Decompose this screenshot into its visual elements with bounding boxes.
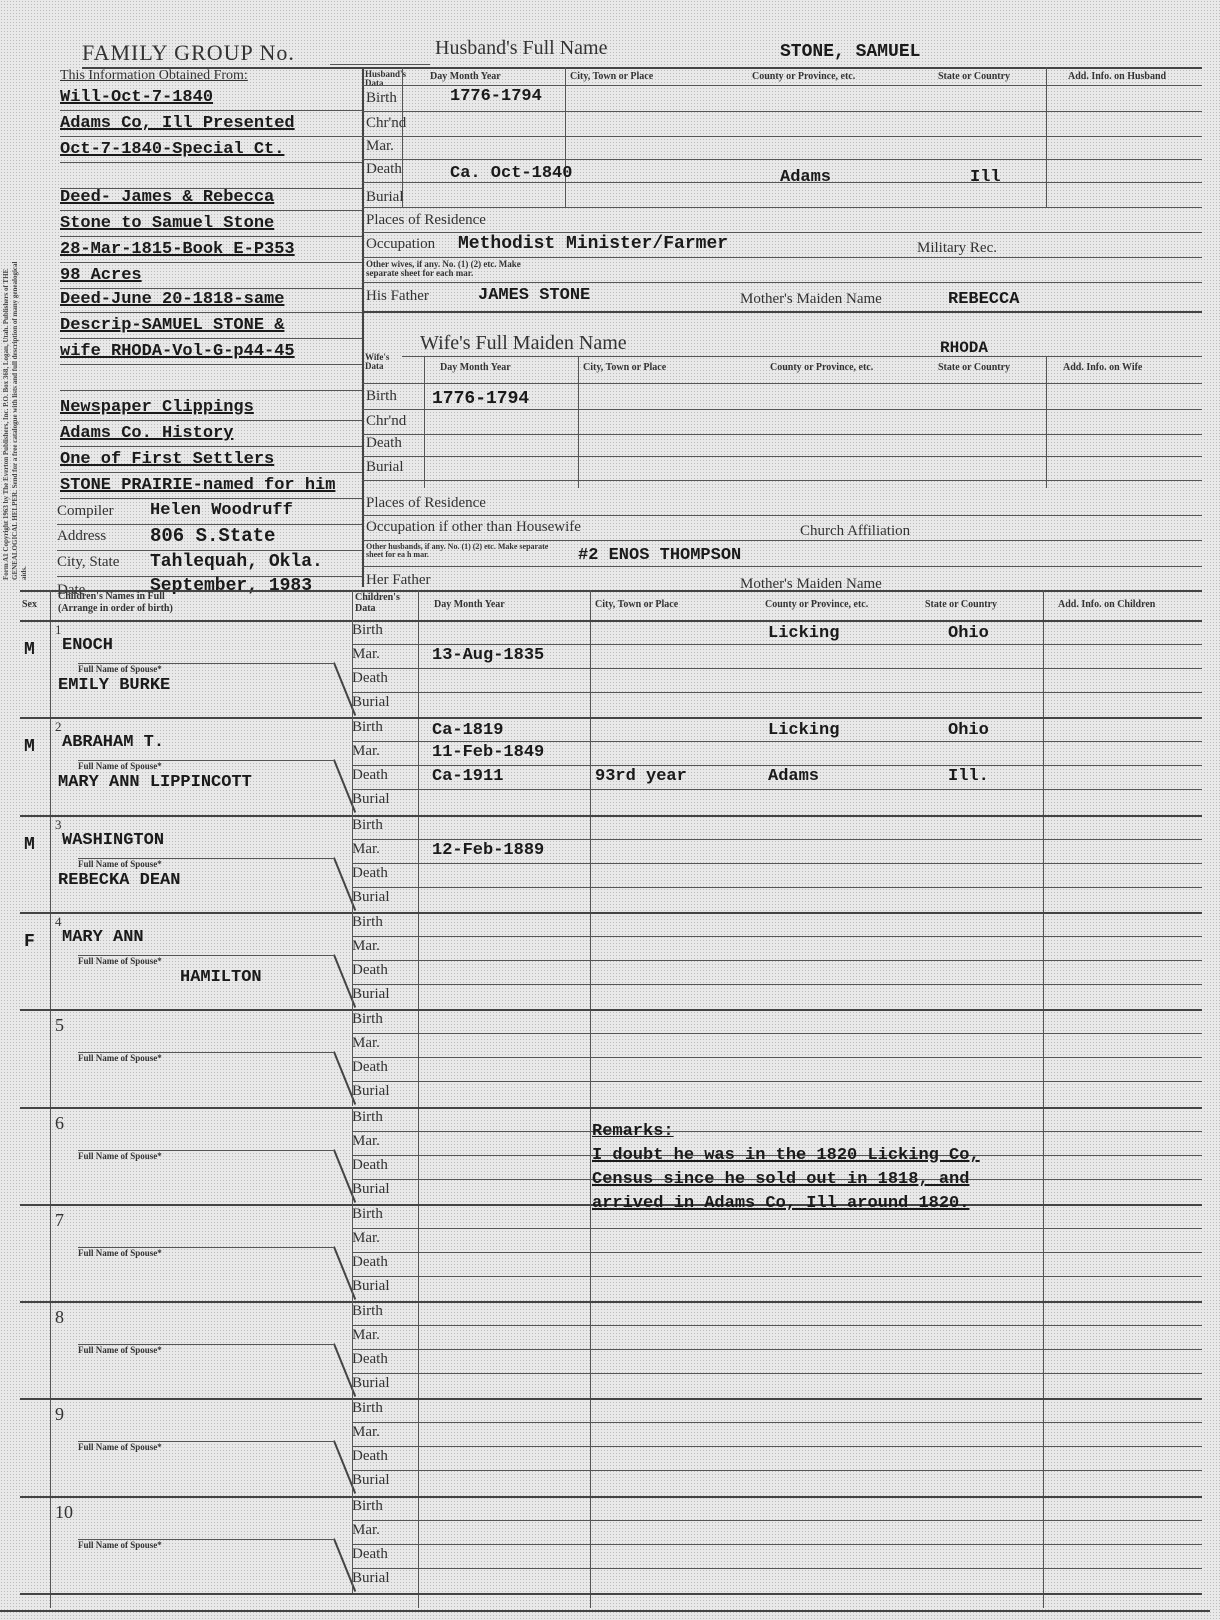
source-rule [60,338,362,339]
child-number: 4 [55,914,62,930]
child-event-rule [352,887,1202,888]
child-event-rule [352,668,1202,669]
source-rule [60,472,362,473]
wife-label-col [424,356,425,488]
header-rule [82,67,1202,69]
child-label-border [352,1107,353,1204]
child-row-rule [20,815,1202,817]
child-event-rule [352,1520,1202,1521]
child-event-rule [352,644,1202,645]
wife-birth-date[interactable]: 1776-1794 [432,389,529,409]
child-event-rule [352,692,1202,693]
child-burial-label: Burial [352,1278,390,1295]
children-col-state: State or Country [925,599,997,610]
child-event-rule [352,1131,1202,1132]
husband-birth-label: Birth [366,90,397,107]
other-husbands[interactable]: #2 ENOS THOMPSON [578,546,741,565]
child-birth-label: Birth [352,817,383,834]
child-event-rule [352,1568,1202,1569]
child-mar-date[interactable]: 13-Aug-1835 [432,646,544,665]
child-birth-state[interactable]: Ohio [948,721,989,740]
child-sex[interactable]: M [24,737,35,757]
child-label-border [352,1398,353,1495]
source-line[interactable]: STONE PRAIRIE-named for him [60,476,335,495]
child-event-rule [352,1228,1202,1229]
child-birth-label: Birth [352,914,383,931]
husband-col-city: City, Town or Place [570,71,653,82]
child-event-rule [352,765,1202,766]
panel-divider [362,67,364,587]
child-event-rule [352,1276,1202,1277]
husband-col-date: Day Month Year [430,71,501,82]
wife-death-label: Death [366,435,402,452]
child-event-rule [352,936,1202,937]
wife-birth-label: Birth [366,388,397,405]
child-sex[interactable]: M [24,835,35,855]
child-number: 2 [55,719,62,735]
child-birth-label: Birth [352,719,383,736]
source-line[interactable]: 98 Acres [60,266,142,285]
sources-label: This Information Obtained From: [60,68,248,84]
sex-col-header: Sex [22,599,37,610]
husband-name-label: Husband's Full Name [435,37,607,60]
wife-col-add: Add. Info. on Wife [1063,362,1142,373]
child-label-border [352,912,353,1009]
husband-col-state: State or Country [938,71,1010,82]
child-event-rule [352,1325,1202,1326]
form-title: FAMILY GROUP No. [82,40,295,66]
spouse-label: Full Name of Spouse* [78,1540,162,1550]
source-rule [60,364,362,365]
source-line[interactable]: Adams Co, Ill Presented [60,114,295,133]
spouse-label: Full Name of Spouse* [78,1345,162,1355]
remarks-line[interactable]: arrived in Adams Co, Ill around 1820. [592,1194,969,1213]
child-event-rule [352,960,1202,961]
child-name[interactable]: ABRAHAM T. [62,733,164,752]
wife-row-rule [362,409,1202,410]
his-father[interactable]: JAMES STONE [478,286,590,305]
child-death-label: Death [352,1351,388,1368]
child-mar-date[interactable]: 11-Feb-1849 [432,743,544,762]
child-mar-label: Mar. [352,1035,380,1052]
child-death-label: Death [352,767,388,784]
his-mother-label: Mother's Maiden Name [740,291,882,308]
wife-row-rule [362,434,1202,435]
child-name[interactable]: ENOCH [62,636,113,655]
husband-row-rule [362,111,1202,112]
source-line[interactable]: Deed- James & Rebecca [60,188,274,207]
husband-row-rule [362,159,1202,160]
child-event-rule [352,1422,1202,1423]
child-event-rule [352,863,1202,864]
child-mar-label: Mar. [352,938,380,955]
compiler-value[interactable]: Helen Woodruff [150,501,293,520]
child-row-rule [20,1496,1202,1498]
children-col-county: County or Province, etc. [765,599,868,610]
source-line[interactable]: Oct-7-1840-Special Ct. [60,140,284,159]
city-state-value[interactable]: Tahlequah, Okla. [150,552,323,572]
husband-burial-label: Burial [366,189,404,206]
other-husbands-label: Other husbands, if any. No. (1) (2) etc.… [366,543,566,559]
child-number: 1 [55,622,62,638]
child-label-border [352,1009,353,1106]
child-birth-label: Birth [352,1011,383,1028]
child-death-date[interactable]: Ca-1911 [432,767,503,786]
child-event-rule [352,984,1202,985]
child-row-rule [20,1593,1202,1595]
child-event-rule [352,1349,1202,1350]
child-mar-label: Mar. [352,1133,380,1150]
source-rule [60,262,362,263]
spouse-label: Full Name of Spouse* [78,761,162,771]
child-birth-county[interactable]: Licking [768,721,839,740]
spouse-label: Full Name of Spouse* [78,1442,162,1452]
child-label-border [352,620,353,717]
source-rule [60,210,362,211]
child-death-label: Death [352,1448,388,1465]
children-names-sub: (Arrange in order of birth) [58,603,173,614]
source-rule [60,110,362,111]
spouse-label: Full Name of Spouse* [78,664,162,674]
source-rule [60,312,362,313]
child-number: 5 [55,1015,64,1036]
child-birth-county[interactable]: Licking [768,624,839,643]
source-line[interactable]: Descrip-SAMUEL STONE & [60,316,284,335]
child-burial-label: Burial [352,791,390,808]
source-line[interactable]: Newspaper Clippings [60,398,254,417]
wife-row-rule [362,456,1202,457]
wife-name-label: Wife's Full Maiden Name [420,332,627,355]
spouse-label: Full Name of Spouse* [78,1053,162,1063]
child-burial-label: Burial [352,1472,390,1489]
child-spouse[interactable]: REBECKA DEAN [58,871,180,890]
child-number: 10 [55,1502,73,1523]
child-sex[interactable]: M [24,640,35,660]
address-value[interactable]: 806 S.State [150,525,275,547]
child-burial-label: Burial [352,1570,390,1587]
husband-death-date[interactable]: Ca. Oct-1840 [450,164,572,183]
child-number: 9 [55,1404,64,1425]
other-wives-label: Other wives, if any. No. (1) (2) etc. Ma… [366,260,546,278]
remarks-label: Remarks: [592,1122,674,1141]
husband-col-county: County or Province, etc. [752,71,855,82]
child-burial-label: Burial [352,1375,390,1392]
child-number: 6 [55,1113,64,1134]
child-spouse[interactable]: EMILY BURKE [58,676,170,695]
child-mar-label: Mar. [352,646,380,663]
husband-residence-label: Places of Residence [366,212,486,229]
child-death-place[interactable]: 93rd year [595,767,687,786]
child-event-rule [352,1057,1202,1058]
child-burial-label: Burial [352,1083,390,1100]
source-rule [60,420,362,421]
child-birth-date[interactable]: Ca-1819 [432,721,503,740]
husband-occupation-label: Occupation [366,236,435,253]
husband-occupation[interactable]: Methodist Minister/Farmer [458,234,728,254]
husband-death-county[interactable]: Adams [780,168,831,187]
child-birth-label: Birth [352,622,383,639]
military-label: Military Rec. [917,240,997,257]
child-birth-label: Birth [352,1303,383,1320]
children-add-col [1043,590,1044,1608]
wife-col-state: State or Country [938,362,1010,373]
child-event-rule [352,1470,1202,1471]
child-mar-label: Mar. [352,1327,380,1344]
address-line [57,550,362,551]
child-number: 7 [55,1210,64,1231]
child-event-rule [352,1446,1202,1447]
source-rule [60,162,362,163]
child-event-rule [352,789,1202,790]
child-birth-label: Birth [352,1206,383,1223]
children-col-city: City, Town or Place [595,599,678,610]
children-label-col [418,590,419,1608]
wife-col-date: Day Month Year [440,362,511,373]
child-row-rule [20,717,1202,719]
husband-birth-date[interactable]: 1776-1794 [450,87,542,106]
child-mar-label: Mar. [352,1424,380,1441]
child-sex[interactable]: F [24,932,35,952]
child-row-rule [20,1398,1202,1400]
source-line[interactable]: wife RHODA-Vol-G-p44-45 [60,342,295,361]
children-date-col [590,590,591,1608]
child-death-label: Death [352,1546,388,1563]
publisher-note: Form A1 Copyright 1963 by The Everton Pu… [2,250,62,580]
husband-row-rule [362,136,1202,137]
children-col-date: Day Month Year [434,599,505,610]
source-line[interactable]: Will-Oct-7-1840 [60,88,213,107]
husband-label-col [402,67,403,207]
child-label-border [352,717,353,814]
child-death-state[interactable]: Ill. [948,767,989,786]
spouse-label: Full Name of Spouse* [78,859,162,869]
child-event-rule [352,741,1202,742]
source-rule [60,498,362,499]
source-line[interactable]: Stone to Samuel Stone [60,214,274,233]
wife-residence-label: Places of Residence [366,495,486,512]
his-father-label: His Father [366,288,429,305]
wife-col-county: County or Province, etc. [770,362,873,373]
child-death-label: Death [352,962,388,979]
child-event-rule [352,839,1202,840]
remarks-line[interactable]: I doubt he was in the 1820 Licking Co, [592,1146,980,1165]
child-birth-label: Birth [352,1400,383,1417]
child-event-rule [352,1544,1202,1545]
child-death-label: Death [352,1254,388,1271]
husband-name[interactable]: STONE, SAMUEL [780,42,920,62]
husband-col-add: Add. Info. on Husband [1068,71,1166,82]
child-row-rule [20,912,1202,914]
children-col-add: Add. Info. on Children [1058,599,1155,610]
child-burial-label: Burial [352,694,390,711]
source-rule [60,236,362,237]
child-birth-label: Birth [352,1498,383,1515]
wife-data-label: Wife's Data [365,353,401,371]
child-event-rule [352,1033,1202,1034]
husband-add-col [1046,67,1047,207]
husband-death-label: Death [366,161,402,178]
child-death-label: Death [352,1059,388,1076]
wife-occupation-label: Occupation if other than Housewife [366,519,581,536]
source-line[interactable]: 28-Mar-1815-Book E-P353 [60,240,295,259]
child-death-label: Death [352,865,388,882]
child-row-rule [20,1107,1202,1109]
city-state-label: City, State [57,554,119,571]
child-row-rule [20,1009,1202,1011]
spouse-label: Full Name of Spouse* [78,1151,162,1161]
child-mar-label: Mar. [352,1230,380,1247]
child-event-rule [352,1373,1202,1374]
children-names-header: Children's Names in Full [58,591,165,602]
child-name[interactable]: MARY ANN [62,928,144,947]
husband-date-col [565,67,566,207]
address-label: Address [57,528,106,545]
her-father-label: Her Father [366,572,431,589]
child-number: 8 [55,1307,64,1328]
husband-death-state[interactable]: Ill [970,168,1001,187]
husband-mar-label: Mar. [366,138,394,155]
child-burial-label: Burial [352,889,390,906]
child-spouse[interactable]: MARY ANN LIPPINCOTT [58,773,252,792]
child-number: 3 [55,817,62,833]
source-rule [60,446,362,447]
husband-chrnd-label: Chr'nd [366,115,406,132]
child-mar-label: Mar. [352,743,380,760]
source-rule [60,390,362,391]
family-group-number-line [330,64,430,65]
child-mar-label: Mar. [352,1522,380,1539]
children-data-header: Children's Data [355,592,395,614]
wife-col-city: City, Town or Place [583,362,666,373]
child-label-border [352,1204,353,1301]
bottom-rule [0,1610,1210,1612]
child-birth-label: Birth [352,1109,383,1126]
spouse-label: Full Name of Spouse* [78,1248,162,1258]
date-value[interactable]: September, 1983 [150,576,312,596]
child-label-border [352,815,353,912]
spouse-label: Full Name of Spouse* [78,956,162,966]
child-birth-state[interactable]: Ohio [948,624,989,643]
wife-chrnd-label: Chr'nd [366,413,406,430]
compiler-label: Compiler [57,503,114,520]
remarks-line[interactable]: Census since he sold out in 1818, and [592,1170,969,1189]
sex-col [50,590,51,1608]
child-mar-date[interactable]: 12-Feb-1889 [432,841,544,860]
child-label-border [352,1301,353,1398]
child-death-county[interactable]: Adams [768,767,819,786]
source-line[interactable]: Adams Co. History [60,424,233,443]
source-line[interactable]: Deed-June 20-1818-same [60,290,284,309]
source-rule [60,288,362,289]
child-burial-label: Burial [352,1181,390,1198]
husband-row-rule [362,207,1202,208]
source-line[interactable]: One of First Settlers [60,450,274,469]
child-death-label: Death [352,670,388,687]
wife-row-rule [362,480,1202,481]
source-rule [60,136,362,137]
wife-burial-label: Burial [366,459,404,476]
his-mother[interactable]: REBECCA [948,290,1019,309]
child-name[interactable]: WASHINGTON [62,831,164,850]
child-event-rule [352,1081,1202,1082]
wife-name[interactable]: RHODA [940,339,988,357]
child-burial-label: Burial [352,986,390,1003]
child-label-border [352,1496,353,1593]
church-label: Church Affiliation [800,523,910,540]
child-death-label: Death [352,1157,388,1174]
child-row-rule [20,1301,1202,1303]
child-event-rule [352,1252,1202,1253]
child-mar-label: Mar. [352,841,380,858]
child-spouse[interactable]: HAMILTON [180,968,262,987]
